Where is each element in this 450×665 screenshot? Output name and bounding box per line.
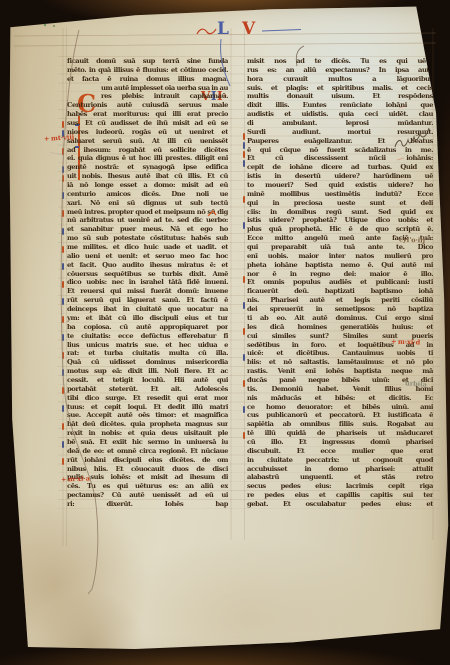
text-line: rexit in nobis: et quia deus uisitauit p… [67, 429, 228, 438]
text-line: dico uobis: nec in israhel tātā fidē inu… [67, 278, 228, 287]
text-line: plus quā prophetā. Hic ē de quo scriptū … [247, 225, 433, 234]
text-line: rat: et turba ciuitatis multa cū illa. [67, 349, 228, 358]
manuscript-photo: LV VII· C ficauit domū suā sup terrā sin… [0, 0, 450, 665]
text-line: uit nobis. Ihesus autē ibat cū illis. Et… [67, 172, 228, 181]
text-line: nibus hiis. Et cōuocauit duos de disci [67, 465, 228, 474]
versal-dash [243, 354, 245, 361]
text-line: qui in preciosa ueste sunt et deli [247, 199, 433, 208]
versal-dash [243, 432, 245, 439]
text-line: lius unicus matris sue. et hec uidua e [67, 341, 228, 350]
text-line: pulis suis iohēs: et misit ad ihesum di [67, 473, 228, 482]
versal-dash [62, 175, 64, 182]
text-line: ce homo deuorator: et bibēs uinū. ami [247, 403, 433, 412]
text-line: di ambulant. leprosi mūdantur. [247, 119, 433, 128]
marginal-note: urbila [405, 379, 427, 389]
text-line: gentē nostrā: et synagogā ipse edifica [67, 163, 228, 172]
text-line: gebat. Et osculabatur pedes eius: et [247, 500, 433, 509]
text-line: istis in desertū uidere? harūdinem uē [247, 172, 433, 181]
text-line: deinceps ibat in ciuitatē que uocatur na [67, 305, 228, 314]
versal-dash [243, 151, 245, 158]
versal-dash [243, 406, 245, 413]
text-line: centurio amicos dicēs. Dne noli ue [67, 190, 228, 199]
header-letter: L [217, 21, 229, 38]
text-line: ym: et ibāt cū illo discipuli eius et tu… [67, 314, 228, 323]
versal-dash [62, 121, 64, 128]
text-line: ti ab eo. Ait autē dominus. Cui ergo sim… [247, 314, 433, 323]
versal-dash [62, 441, 64, 448]
text-column-right: misit nos ad te dicēs. Tu es qui uēturus… [247, 57, 433, 510]
text-line: accubuisset in domo pharisei: attulit [247, 465, 433, 474]
marginal-note: +m·xi·a [61, 474, 90, 483]
text-line: Pauperes euāgelizantur. Et beatus [247, 137, 433, 146]
versal-dash [62, 246, 64, 253]
text-line: tibi dico surge. Et resedit qui erat mor [67, 394, 228, 403]
versal-dash [62, 405, 64, 412]
text-line: cū illo. Et ingressus domū pharisei [247, 438, 433, 447]
text-line: uicē: et dicētibus. Cantauimus uobis ti [247, 349, 433, 358]
text-line: to moueri? Sed quid existis uidere? ho [247, 181, 433, 190]
text-line: rastis. Venit enī iohēs baptista neque m… [247, 367, 433, 376]
versal-dash [62, 210, 64, 217]
versal-dash [243, 142, 245, 149]
text-line: cessit. et tetigit loculū. Hii autē qui [67, 376, 228, 385]
text-line: mēto. in quā illisus ē fluuius: et cōtin… [67, 66, 228, 75]
text-line: istis uidere? prophetā? Utique dico uobi… [247, 216, 433, 225]
versal-dash [243, 380, 245, 387]
text-line: ficauit domū suā sup terrā sine funda [67, 57, 228, 66]
text-line: ficauerūt deū. baptizati baptismo iohā [247, 287, 433, 296]
versal-dash [243, 160, 245, 167]
text-line: mo sū sub potestate cōstitutus: habēs su… [67, 234, 228, 243]
versal-dash [243, 302, 245, 309]
marginal-cross-mark: + [391, 337, 397, 345]
text-line: alio ueni et uenit: et seruo meo fac hoc [67, 252, 228, 261]
text-line: enī uobis. maior inter natos mulierū pro [247, 252, 433, 261]
text-line: secus pedes eius: lacrimis cepit riga [247, 482, 433, 491]
text-line: me milites. et dico huic uade et uadit. … [67, 243, 228, 252]
text-line: misit nos ad te dicēs. Tu es qui uētu [247, 57, 433, 66]
text-line: tuus: et cepit loqui. Et dedit illū matr… [67, 403, 228, 412]
text-line: rus es: an aliū expectamus? In ipsa autē [247, 66, 433, 75]
text-line: re pedes eius et capillis capitis sui te… [247, 491, 433, 500]
parchment-leaf: LV VII· C ficauit domū suā sup terrā sin… [0, 0, 450, 665]
text-line: et facta ē ruina domus illius magna. [67, 75, 228, 84]
versal-dash [62, 369, 64, 376]
text-line: tē illū quidā de phariseis ut māducaret [247, 429, 433, 438]
text-line: dixit illis. Euntes renūciate iohāni que [247, 101, 433, 110]
marginal-note: +m·xi·d [391, 337, 421, 346]
versal-dash [243, 276, 245, 283]
text-line: Et cū discessissent nūcii iohānis: [247, 154, 433, 163]
text-line: te ciuitatis: ecce defūctus efferebatur … [67, 332, 228, 341]
text-column-left: ficauit domū suā sup terrā sine fundamēt… [67, 57, 228, 510]
text-line: rūt iohāni discipuli eius dicētes. de om [67, 456, 228, 465]
text-line: hora curauit multos a lāguoribus [247, 75, 433, 84]
versal-dash [243, 196, 245, 203]
text-line: discubuit. Et ecce mulier que erat [247, 447, 433, 456]
text-line: saluaret seruū suū. At illi cū uenissēt [67, 137, 228, 146]
text-line: rūt seruū qui lāguerat sanū. Et factū ē [67, 296, 228, 305]
versal-dash [62, 228, 64, 235]
text-line: bāt deū dicētes. quia propheta magnus su… [67, 420, 228, 429]
versal-dash [243, 328, 245, 335]
versal-dash [62, 263, 64, 270]
text-line: audistis et uidistis. quia ceci uidēt. c… [247, 110, 433, 119]
marginal-note-text: cyl'o·iij [399, 235, 425, 244]
text-line: pheta iohāne baptista nemo ē. Qui autē m… [247, 261, 433, 270]
text-line: ei. quia dignus ē ut hoc illi prestes. d… [67, 154, 228, 163]
text-line: motus sup eā: dixit illi. Noli flere. Et… [67, 367, 228, 376]
text-line: multis donauit uisum. Et respōdens [247, 92, 433, 101]
versal-dash [62, 387, 64, 394]
text-line: qui preparabit uiā tuā ante te. Dico [247, 243, 433, 252]
text-line: cepit de iohāne dicere ad turbas. Quid e… [247, 163, 433, 172]
text-line: Et reuersi qui missi fuerāt domū: inuene [67, 287, 228, 296]
text-line: biis: et nō saltastis. lamētauimus: et n… [247, 358, 433, 367]
text-line: et sanabitur puer meus. Nā et ego ho [67, 225, 228, 234]
text-line: xari. Nō enī sū dignus ut sub tectū [67, 199, 228, 208]
text-line: pectamus? Cū autē uenissēt ad eū ui [67, 491, 228, 500]
text-line: portabāt steterūt. Et ait. Adolescēs [67, 385, 228, 394]
text-line: habēs erat moriturus: qui illi erat prec… [67, 110, 228, 119]
versal-dash [62, 334, 64, 341]
versal-dash [62, 352, 64, 359]
versal-dash [62, 423, 64, 430]
text-line: res plebis: intrauit capharnaū. [67, 92, 228, 101]
text-line: Quā cū uidisset dominus misericordia [67, 358, 228, 367]
text-line: suis. et plagis: et spiritibus malis. et… [247, 84, 433, 93]
versal-dash [62, 298, 64, 305]
text-line: cōuersus sequētibus se turbis dixit. Amē [67, 270, 228, 279]
text-line: sue. Accepit autē oēs timor: et magnific… [67, 411, 228, 420]
text-line: Et omnis populus audiēs et publicani: iu… [247, 278, 433, 287]
text-line: in ciuitate peccatrix: ut cognouit quod [247, 456, 433, 465]
versal-dash [62, 458, 64, 465]
header-letter: V [242, 21, 255, 38]
marginal-cross-mark: + [61, 475, 67, 483]
versal-dash [62, 192, 64, 199]
text-line: sus. Et cū audisset de ihū misit ad eū s… [67, 119, 228, 128]
text-line: cēs. Tu es qui uēturus es: an aliū ex [67, 482, 228, 491]
text-line: nū arbitratus ut uenirē ad te. sed dic u… [67, 216, 228, 225]
text-line: bē suā. Et exiit hic sermo in uniuersā i… [67, 438, 228, 447]
text-line: nor ē in regno dei: maior ē illo. [247, 270, 433, 279]
versal-dash [243, 222, 245, 229]
text-line: sapiētia ab omnibus filiis suis. Rogabat… [247, 420, 433, 429]
text-line: minē mollibus uestimētis indutū? Ecce [247, 190, 433, 199]
text-line: ē qui cūque nō fuerit scādalizatus in me… [247, 146, 433, 155]
text-line: Centurionis autē cuiusdā seruus male [67, 101, 228, 110]
marginal-note: cyl'o·iij [399, 235, 425, 244]
text-line: les dicā homines generatiōis huius: et [247, 323, 433, 332]
text-line: ciis: in domibus regū sunt. Sed quid ex [247, 208, 433, 217]
marginal-note-text: mt·viij [51, 133, 75, 143]
text-line: ri: dixerūt. Iohēs bap [67, 500, 228, 509]
text-line: niores iudeorū. rogās eū ut ueniret et [67, 128, 228, 137]
versal-dash [62, 166, 64, 173]
text-line: um autē implesset oīa uerba sua in au [67, 84, 228, 93]
text-line: nis. Pharisei autē et legis periti cōsil… [247, 296, 433, 305]
text-line: dei spreuerūt in semetipsos: nō baptiza [247, 305, 433, 314]
text-line: nis māducās et bibēs: et dicitis. Ec [247, 394, 433, 403]
marginal-note-text: m·xi·a [68, 474, 90, 483]
text-line: iā nō longe esset a domo: misit ad eū [67, 181, 228, 190]
text-line: ba copiosa. cū autē appropīquaret por [67, 323, 228, 332]
marginal-cross-mark: + [44, 135, 50, 143]
text-line: et facit. Quo audito ihesus miratus ē: e… [67, 261, 228, 270]
marginal-note-text: urbila [405, 379, 427, 389]
text-line: deā de eo: et omnē circa regionē. Et nūc… [67, 447, 228, 456]
text-line: cus publicanorū et peccatorū. Et iustifi… [247, 411, 433, 420]
text-line: alabastrū unguenti. et stās retro [247, 473, 433, 482]
marginal-note-text: m·xi·d [398, 338, 421, 347]
text-line: ad ihesum: rogabāt eū sollicite dicētes [67, 146, 228, 155]
versal-dash [243, 133, 245, 140]
versal-dash [62, 281, 64, 288]
versal-dash [62, 148, 64, 155]
versal-dash [62, 316, 64, 323]
text-line: Surdi audiunt. mortui resurgunt. [247, 128, 433, 137]
text-line: meū intres. propter quod et meipsum nō s… [67, 208, 228, 217]
